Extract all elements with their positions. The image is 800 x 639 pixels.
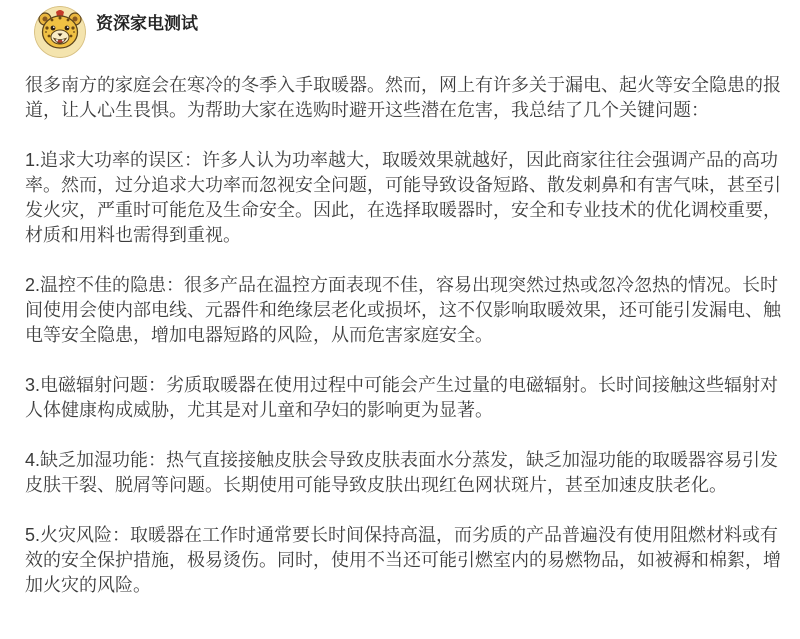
article-body: 很多南方的家庭会在寒冷的冬季入手取暖器。然而，网上有许多关于漏电、起火等安全隐患…: [0, 58, 800, 598]
paragraph-point-3: 3.电磁辐射问题：劣质取暖器在使用过程中可能会产生过量的电磁辐射。长时间接触这些…: [25, 373, 781, 423]
author-avatar[interactable]: [34, 6, 86, 58]
paragraph-point-4: 4.缺乏加湿功能：热气直接接触皮肤会导致皮肤表面水分蒸发，缺乏加湿功能的取暖器容…: [25, 448, 781, 498]
paragraph-point-2: 2.温控不佳的隐患：很多产品在温控方面表现不佳，容易出现突然过热或忽冷忽热的情况…: [25, 273, 781, 348]
author-header: 资深家电测试: [0, 0, 800, 58]
paragraph-point-5: 5.火灾风险：取暖器在工作时通常要长时间保持高温，而劣质的产品普遍没有使用阻燃材…: [25, 523, 781, 598]
paragraph-intro: 很多南方的家庭会在寒冷的冬季入手取暖器。然而，网上有许多关于漏电、起火等安全隐患…: [25, 73, 781, 123]
tiger-avatar-icon: [34, 6, 86, 58]
paragraph-point-1: 1.追求大功率的误区：许多人认为功率越大，取暖效果就越好，因此商家往往会强调产品…: [25, 148, 781, 248]
author-name[interactable]: 资深家电测试: [96, 14, 198, 33]
article-page: 资深家电测试 很多南方的家庭会在寒冷的冬季入手取暖器。然而，网上有许多关于漏电、…: [0, 0, 800, 639]
